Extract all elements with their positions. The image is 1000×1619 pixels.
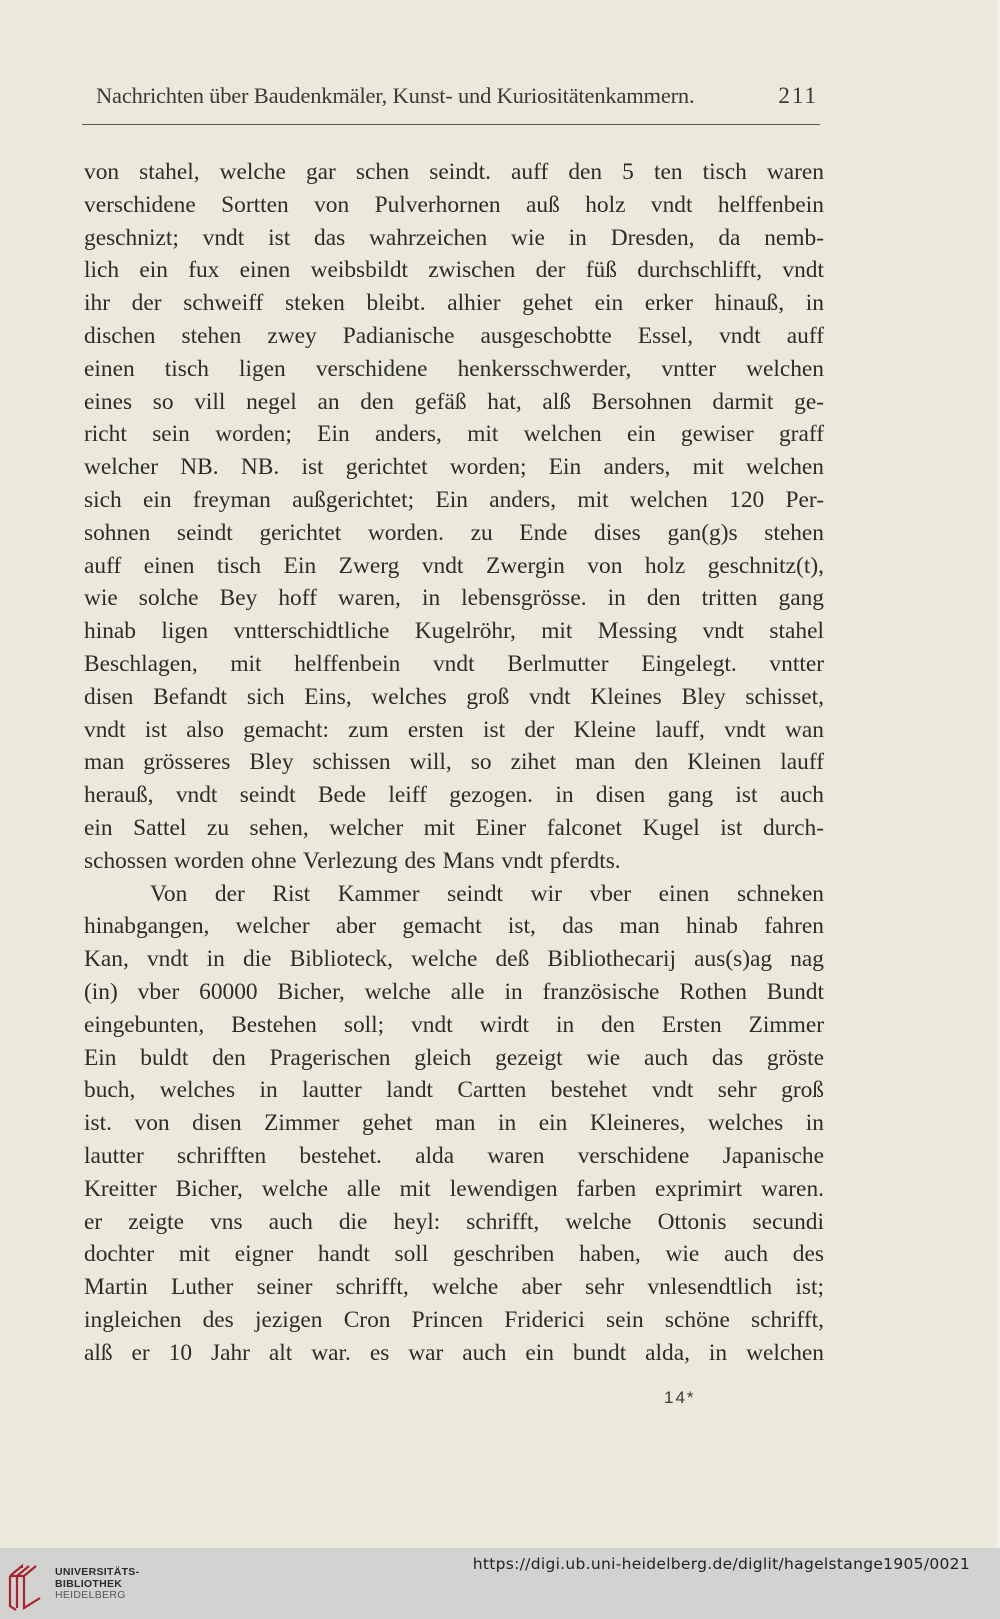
text-line: eingebunten, Bestehen soll; vndt wirdt i… <box>84 1009 824 1042</box>
text-line: lich ein fux einen weibsbildt zwischen d… <box>84 254 824 287</box>
text-line: ingleichen des jezigen Cron Princen Frid… <box>84 1304 824 1337</box>
text-line: ist. von disen Zimmer gehet man in ein K… <box>84 1107 824 1140</box>
text-line: eines so vill negel an den gefäß hat, al… <box>84 386 824 419</box>
signature-mark: 14* <box>664 1388 696 1408</box>
text-line: auff einen tisch Ein Zwerg vndt Zwergin … <box>84 550 824 583</box>
text-line: ein Sattel zu sehen, welcher mit Einer f… <box>84 812 824 845</box>
text-line: alß er 10 Jahr alt war. es war auch ein … <box>84 1337 824 1370</box>
text-line: buch, welches in lautter landt Cartten b… <box>84 1074 824 1107</box>
logo-line-1: UNIVERSITÄTS- <box>55 1567 139 1579</box>
footer-bar: UNIVERSITÄTS- BIBLIOTHEK HEIDELBERG http… <box>0 1548 1000 1619</box>
text-line: lautter schrifften bestehet. alda waren … <box>84 1140 824 1173</box>
text-line: schossen worden ohne Verlezung des Mans … <box>84 845 824 878</box>
text-line: dischen stehen zwey Padianische ausgesch… <box>84 320 824 353</box>
text-line: Beschlagen, mit helffenbein vndt Berlmut… <box>84 648 824 681</box>
text-line: (in) vber 60000 Bicher, welche alle in f… <box>84 976 824 1009</box>
page-number: 211 <box>778 83 818 109</box>
text-line: sich ein freyman außgerichtet; Ein ander… <box>84 484 824 517</box>
scanned-page: Nachrichten über Baudenkmäler, Kunst- un… <box>0 0 1000 1548</box>
text-line: herauß, vndt seindt Bede leiff gezogen. … <box>84 779 824 812</box>
text-line: hinab ligen vntterschidtliche Kugelröhr,… <box>84 615 824 648</box>
text-line: wie solche Bey hoff waren, in lebensgrös… <box>84 582 824 615</box>
ub-heidelberg-books-icon[interactable] <box>8 1562 44 1612</box>
text-line: Ein buldt den Pragerischen gleich gezeig… <box>84 1042 824 1075</box>
library-name: UNIVERSITÄTS- BIBLIOTHEK HEIDELBERG <box>55 1567 139 1602</box>
text-line: richt sein worden; Ein anders, mit welch… <box>84 418 824 451</box>
text-line: welcher NB. NB. ist gerichtet worden; Ei… <box>84 451 824 484</box>
text-line: Kan, vndt in die Biblioteck, welche deß … <box>84 943 824 976</box>
text-line: hinabgangen, welcher aber gemacht ist, d… <box>84 910 824 943</box>
text-line: man grösseres Bley schissen will, so zih… <box>84 746 824 779</box>
running-head: Nachrichten über Baudenkmäler, Kunst- un… <box>96 83 818 109</box>
body-text: von stahel, welche gar schen seindt. auf… <box>84 156 824 1369</box>
text-line: von stahel, welche gar schen seindt. auf… <box>84 156 824 189</box>
text-line: ihr der schweiff steken bleibt. alhier g… <box>84 287 824 320</box>
text-line: Kreitter Bicher, welche alle mit lewendi… <box>84 1173 824 1206</box>
logo-line-3: HEIDELBERG <box>55 1590 139 1602</box>
header-rule <box>82 124 820 125</box>
permalink-url[interactable]: https://digi.ub.uni-heidelberg.de/diglit… <box>473 1555 970 1573</box>
text-line: verschidene Sortten von Pulverhornen auß… <box>84 189 824 222</box>
text-line: Martin Luther seiner schrifft, welche ab… <box>84 1271 824 1304</box>
text-line: vndt ist also gemacht: zum ersten ist de… <box>84 714 824 747</box>
text-line: disen Befandt sich Eins, welches groß vn… <box>84 681 824 714</box>
text-line: einen tisch ligen verschidene henkerssch… <box>84 353 824 386</box>
text-line: geschnizt; vndt ist das wahrzeichen wie … <box>84 222 824 255</box>
text-line: sohnen seindt gerichtet worden. zu Ende … <box>84 517 824 550</box>
text-line: er zeigte vns auch die heyl: schrifft, w… <box>84 1206 824 1239</box>
running-head-title: Nachrichten über Baudenkmäler, Kunst- un… <box>96 83 694 109</box>
paragraph-start-line: Von der Rist Kammer seindt wir vber eine… <box>84 878 824 911</box>
text-line: dochter mit eigner handt soll geschriben… <box>84 1238 824 1271</box>
